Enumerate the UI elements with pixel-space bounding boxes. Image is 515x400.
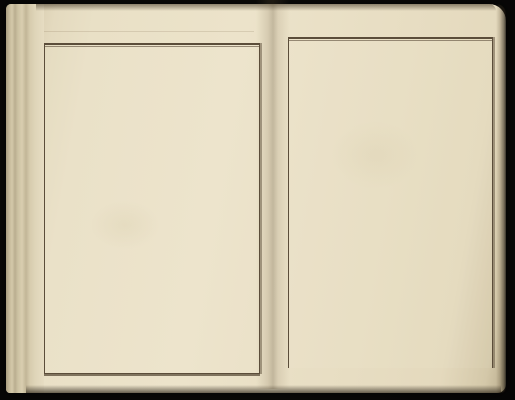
book-page-edges-right bbox=[496, 4, 506, 393]
page-crease-line bbox=[44, 31, 254, 32]
scanned-book-photo bbox=[0, 0, 515, 400]
book-gutter-crease bbox=[256, 0, 290, 389]
right-table-body bbox=[289, 39, 492, 368]
left-table-body bbox=[45, 45, 259, 373]
left-page-register-table bbox=[44, 43, 260, 374]
book-page-edges-left bbox=[6, 4, 44, 393]
right-page-register-table bbox=[288, 37, 493, 368]
